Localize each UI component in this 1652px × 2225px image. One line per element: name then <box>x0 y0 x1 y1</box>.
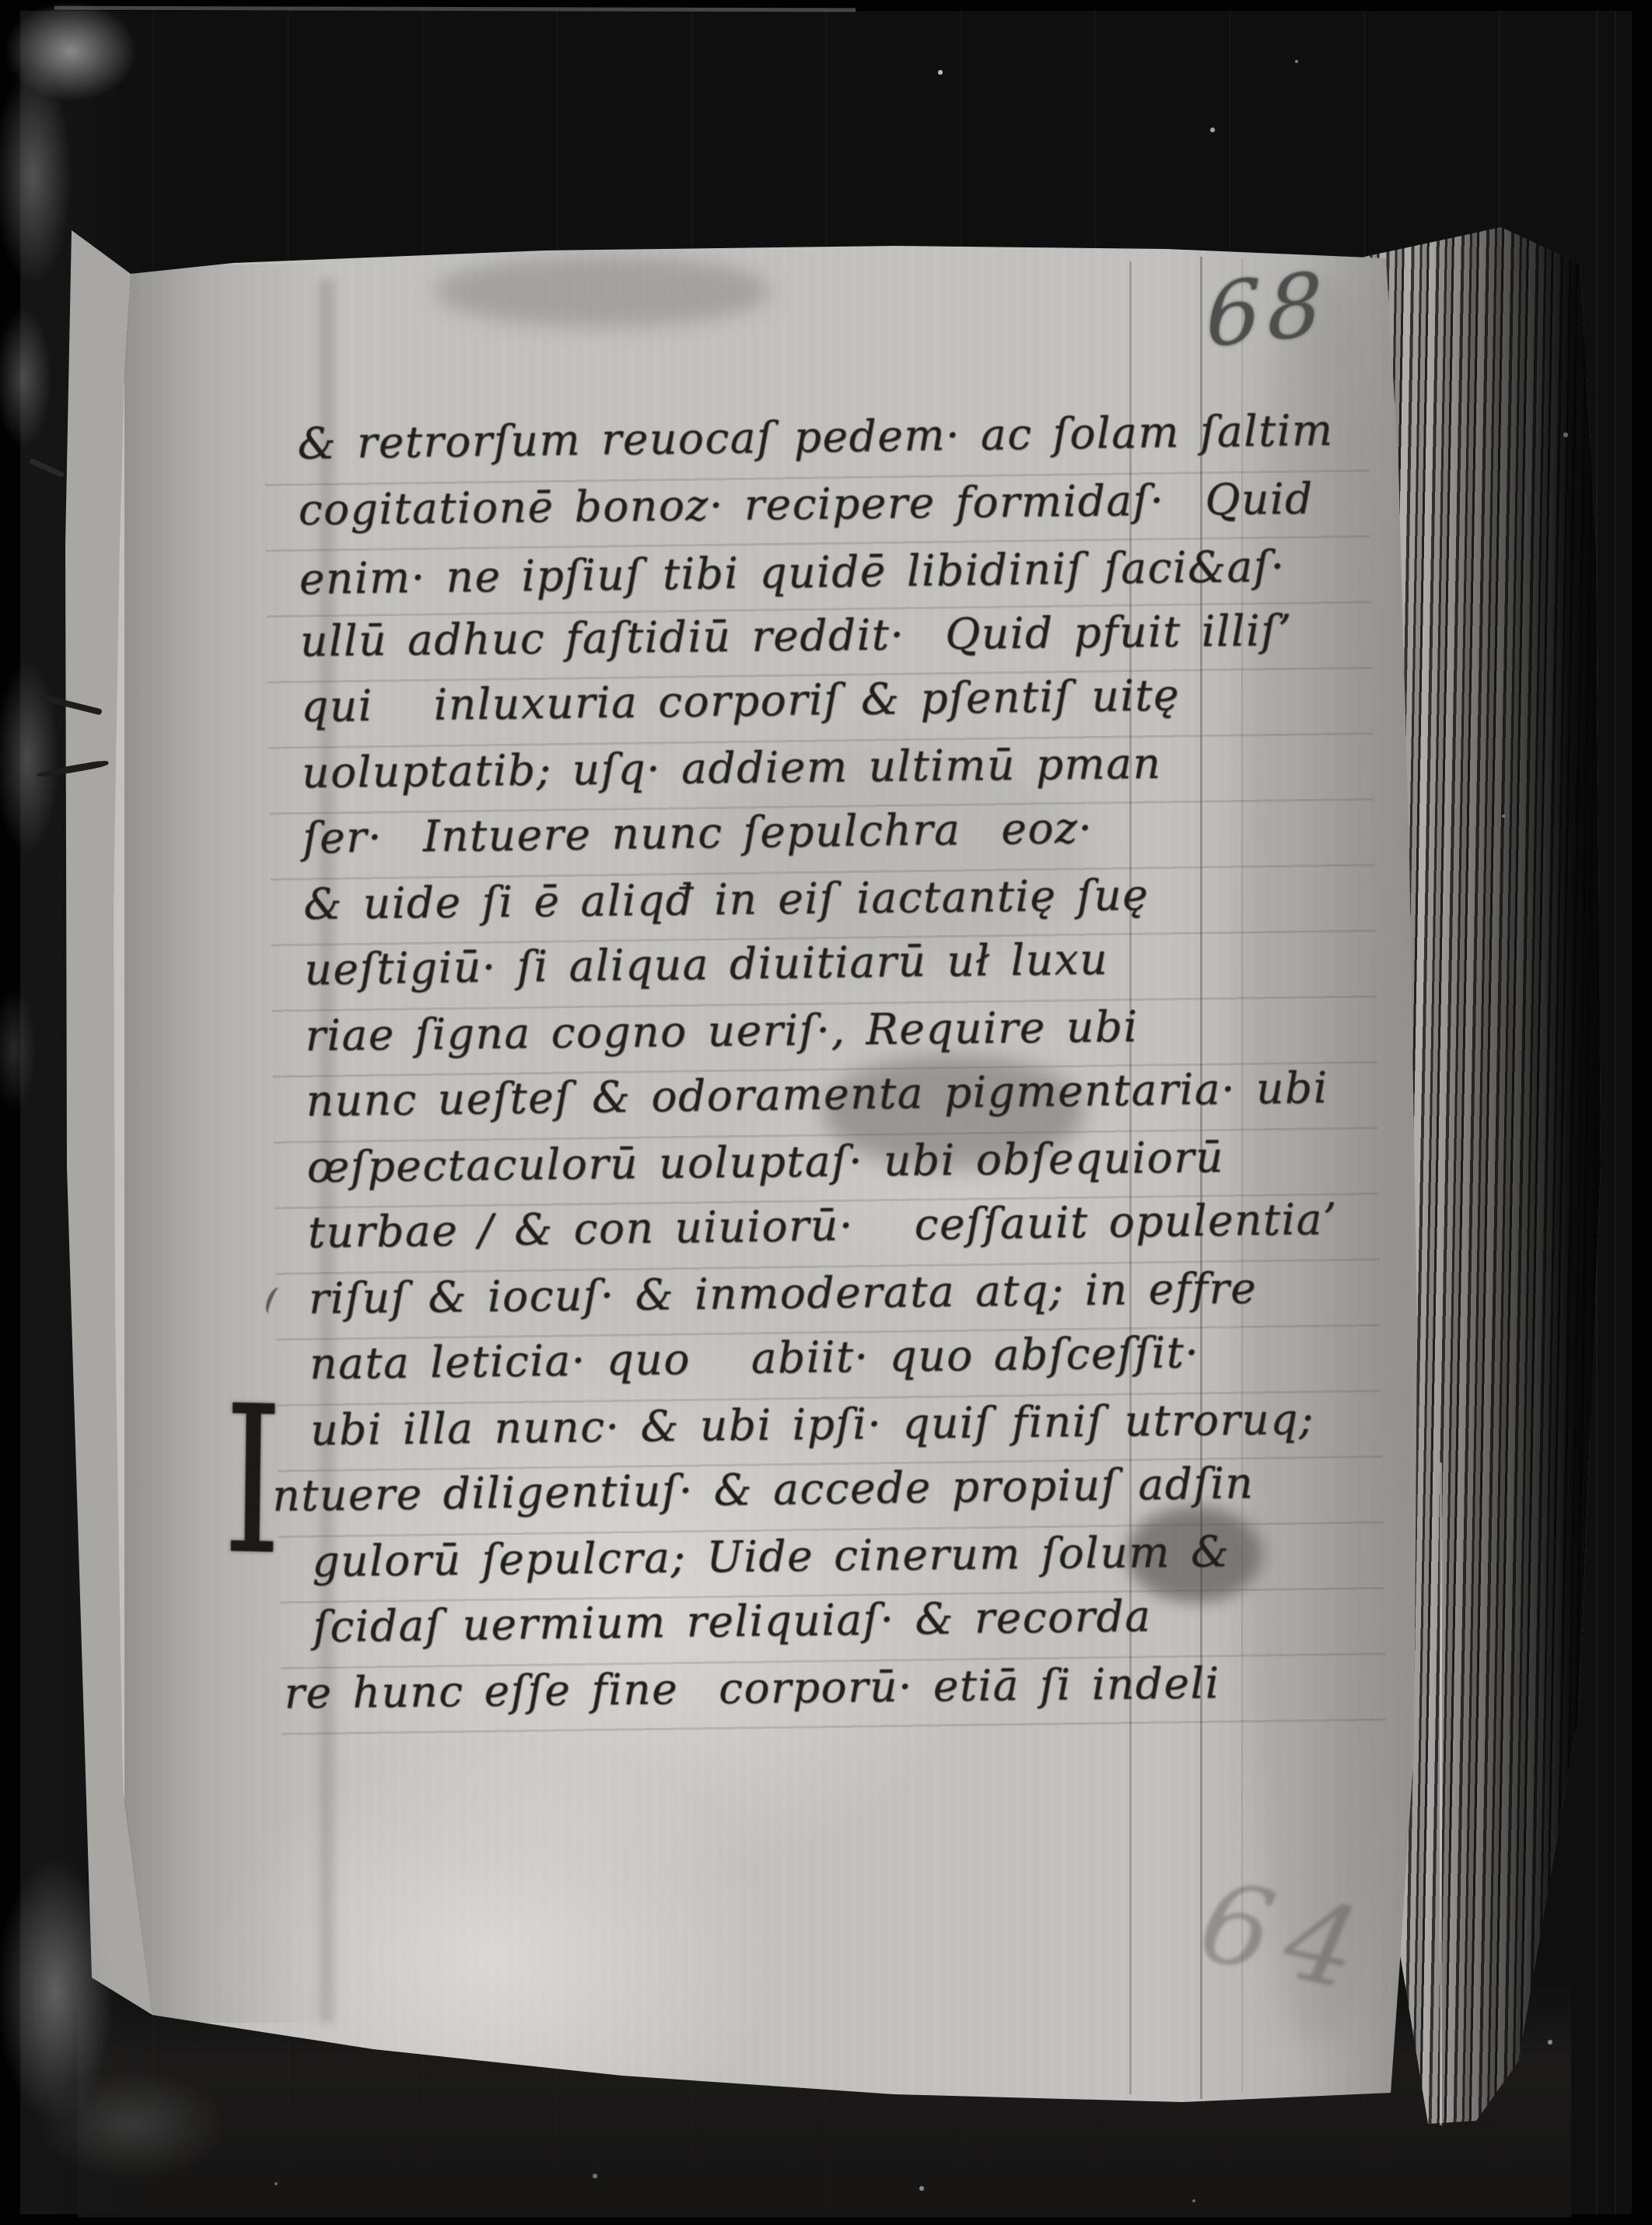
text-line: œſpectaculorū uoluptaſ· ubi obſequiorū <box>306 1123 1349 1200</box>
text-line: & retrorſum reuocaſ pedem· ac ſolam ſalt… <box>297 397 1340 476</box>
text-line: & uide ſi ē aliqđ in eiſ iactantię ſuę <box>303 860 1346 937</box>
text-line: riae ſigna cogno ueriſ·, Require ubi <box>305 991 1348 1068</box>
text-line: cogitationē bonoz· recipere formidaſ· Qu… <box>298 465 1341 542</box>
folio-number: 68 <box>1206 253 1328 367</box>
latin-text-block: & retrorſum reuocaſ pedem· ac ſolam ſalt… <box>297 397 1356 1725</box>
frame-gray-blob <box>39 2069 226 2178</box>
parchment-stain <box>436 255 770 327</box>
scratch-line <box>1440 1463 1442 2125</box>
marginal-initial: I <box>222 1379 284 1585</box>
text-line: riſuſ & iocuſ· & inmoderata atq; in effr… <box>308 1254 1351 1331</box>
text-line: ubi illa nunc· & ubi ipſi· quiſ finiſ ut… <box>310 1386 1353 1463</box>
manuscript-photograph: 68 & retrorſum reuocaſ pedem· ac ſolam ſ… <box>0 0 1652 2225</box>
text-line: uoluptatib; uſq· addiem ultimū pman <box>302 728 1345 805</box>
text-line: ullū adhuc faſtidiū reddit· Quid pfuit i… <box>299 597 1342 674</box>
text-line: re hunc eſſe fine corporū· etiā ſi indel… <box>284 1649 1356 1726</box>
dust-specks <box>0 0 2 2</box>
text-line: gulorū ſepulcra; Uide cinerum ſolum & <box>312 1517 1355 1594</box>
